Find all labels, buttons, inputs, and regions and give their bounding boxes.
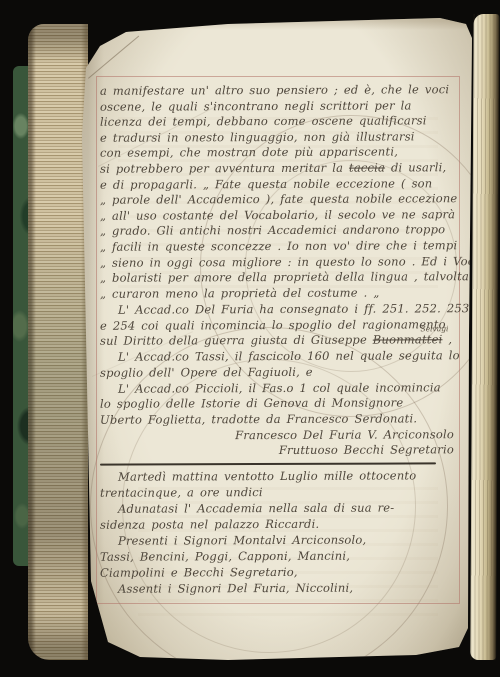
book-page: 244. a manifestare un' altro suo pensier… <box>78 16 474 662</box>
manuscript-line: con esempi, che mostran dote più apparis… <box>100 145 454 160</box>
manuscript-line: „ grado. Gli antichi nostri Accademici a… <box>100 223 454 238</box>
manuscript-line: Presenti i Signori Montalvi Arciconsolo, <box>100 533 472 548</box>
text-area: a manifestare un' altro suo pensiero ; e… <box>100 16 454 662</box>
manuscript-line: L' Accad.co Tassi, il fascicolo 160 nel … <box>100 349 472 364</box>
page-number: 244. <box>85 17 112 42</box>
manuscript-line: „ curaron meno la proprietà del costume … <box>100 286 454 301</box>
manuscript-line: Francesco Del Furia V. Arciconsolo <box>100 428 456 443</box>
manuscript-line: e di propagarli. „ Fate questa nobile ec… <box>100 177 454 192</box>
manuscript-line: oscene, le quali s'incontrano negli scri… <box>100 99 454 114</box>
manuscript-line: spoglio dell' Opere del Fagiuoli, e <box>100 365 454 380</box>
manuscript-line: e 254 coi quali incomincia lo spoglio de… <box>100 318 454 333</box>
manuscript-line: a manifestare un' altro suo pensiero ; e… <box>100 83 454 98</box>
manuscript-line: si potrebbero per avventura meritar la t… <box>100 161 454 176</box>
page-stack-edge <box>28 24 88 660</box>
manuscript-line: trentacinque, a ore undici <box>100 485 454 500</box>
manuscript-line: „ facili in queste sconcezze . Io non vo… <box>100 239 454 254</box>
manuscript-line: licenza dei tempi, debbano come oscene q… <box>100 114 454 129</box>
interlinear-correction: Selvagi <box>421 324 449 333</box>
manuscript-line: Tassi, Bencini, Poggi, Capponi, Mancini, <box>100 549 454 564</box>
manuscript-line: „ parole dell' Accademico ), fate questa… <box>100 192 454 207</box>
manuscript-line: „ bolaristi per amore della proprietà de… <box>100 270 454 285</box>
manuscript-photo: 244. a manifestare un' altro suo pensier… <box>0 0 500 677</box>
manuscript-line: L' Accad.co Del Furia ha consegnato i ff… <box>100 302 472 317</box>
manuscript-line: Fruttuoso Becchi Segretario <box>100 443 484 458</box>
manuscript-line: Adunatasi l' Accademia nella sala di sua… <box>100 501 472 516</box>
manuscript-line: lo spoglio delle Istorie di Genova di Mo… <box>100 396 454 411</box>
manuscript-line: Uberto Foglietta, tradotte da Francesco … <box>100 412 454 427</box>
manuscript-line: L' Accad.co Piccioli, il Fas.o 1 col qua… <box>100 381 472 396</box>
manuscript-line: sul Diritto della guerra giusta di Giuse… <box>100 333 454 348</box>
manuscript-line: Ciampolini e Becchi Segretario, <box>100 565 454 580</box>
book-right-edge <box>470 14 499 660</box>
manuscript-line: Martedì mattina ventotto Luglio mille ot… <box>100 469 472 484</box>
manuscript-line: „ all' uso costante del Vocabolario, il … <box>100 208 454 223</box>
manuscript-line: sidenza posta nel palazzo Riccardi. <box>100 517 454 532</box>
manuscript-line: Assenti i Signori Del Furia, Niccolini, <box>100 581 472 596</box>
manuscript-line: e tradursi in onesto linguaggio, non già… <box>100 130 454 145</box>
manuscript-line: „ sieno in oggi cosa migliore : in quest… <box>100 255 454 270</box>
